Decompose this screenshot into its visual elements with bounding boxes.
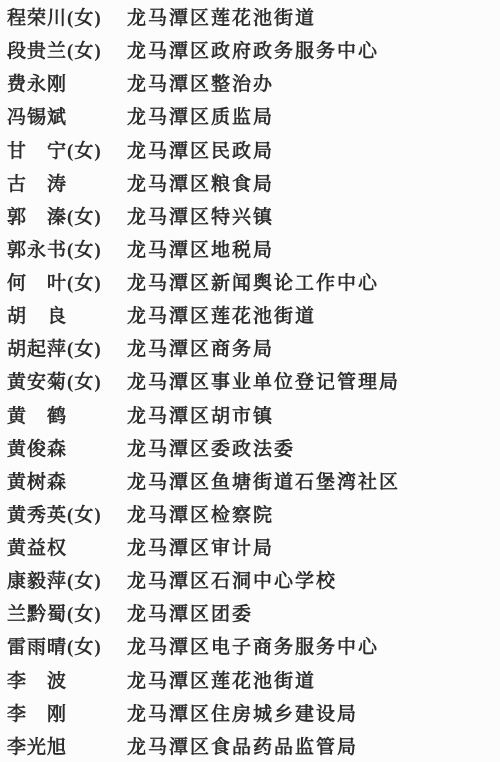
organization-name: 龙马潭区民政局: [127, 136, 500, 163]
person-name: 李 刚: [0, 699, 127, 726]
person-name: 段贵兰(女): [0, 36, 127, 63]
list-row: 黄秀英(女) 龙马潭区检察院: [0, 497, 500, 530]
list-row: 黄俊森 龙马潭区委政法委: [0, 431, 500, 464]
list-row: 李 波 龙马潭区莲花池街道: [0, 663, 500, 696]
person-name: 黄 鹤: [0, 401, 127, 428]
person-name: 甘 宁(女): [0, 136, 127, 163]
organization-name: 龙马潭区地税局: [127, 235, 500, 262]
list-row: 康毅萍(女) 龙马潭区石洞中心学校: [0, 563, 500, 596]
organization-name: 龙马潭区电子商务服务中心: [127, 632, 500, 659]
person-name: 郭 溱(女): [0, 202, 127, 229]
list-row: 李光旭 龙马潭区食品药品监管局: [0, 729, 500, 762]
person-name: 胡起萍(女): [0, 334, 127, 361]
person-name: 冯锡斌: [0, 102, 127, 129]
person-name: 兰黔蜀(女): [0, 599, 127, 626]
list-row: 何 叶(女) 龙马潭区新闻舆论工作中心: [0, 265, 500, 298]
organization-name: 龙马潭区团委: [127, 599, 500, 626]
person-name: 黄益权: [0, 533, 127, 560]
list-row: 雷雨晴(女) 龙马潭区电子商务服务中心: [0, 629, 500, 662]
person-name: 黄俊森: [0, 434, 127, 461]
organization-name: 龙马潭区检察院: [127, 500, 500, 527]
person-name: 黄秀英(女): [0, 500, 127, 527]
list-row: 黄树森 龙马潭区鱼塘街道石堡湾社区: [0, 464, 500, 497]
list-row: 黄益权 龙马潭区审计局: [0, 530, 500, 563]
list-row: 黄安菊(女) 龙马潭区事业单位登记管理局: [0, 364, 500, 397]
list-row: 甘 宁(女) 龙马潭区民政局: [0, 133, 500, 166]
list-row: 黄 鹤 龙马潭区胡市镇: [0, 398, 500, 431]
organization-name: 龙马潭区事业单位登记管理局: [127, 367, 500, 394]
person-name: 费永刚: [0, 69, 127, 96]
list-row: 李 刚 龙马潭区住房城乡建设局: [0, 696, 500, 729]
list-row: 冯锡斌 龙马潭区质监局: [0, 99, 500, 132]
organization-name: 龙马潭区新闻舆论工作中心: [127, 268, 500, 295]
organization-name: 龙马潭区商务局: [127, 334, 500, 361]
organization-name: 龙马潭区莲花池街道: [127, 301, 500, 328]
person-name: 黄树森: [0, 467, 127, 494]
list-row: 段贵兰(女) 龙马潭区政府政务服务中心: [0, 33, 500, 66]
list-row: 郭永书(女) 龙马潭区地税局: [0, 232, 500, 265]
organization-name: 龙马潭区住房城乡建设局: [127, 699, 500, 726]
organization-name: 龙马潭区质监局: [127, 102, 500, 129]
organization-name: 龙马潭区粮食局: [127, 169, 500, 196]
list-row: 程荣川(女) 龙马潭区莲花池街道: [0, 0, 500, 33]
person-name: 程荣川(女): [0, 3, 127, 30]
person-name: 郭永书(女): [0, 235, 127, 262]
person-name: 雷雨晴(女): [0, 632, 127, 659]
organization-name: 龙马潭区鱼塘街道石堡湾社区: [127, 467, 500, 494]
organization-name: 龙马潭区整治办: [127, 69, 500, 96]
organization-name: 龙马潭区石洞中心学校: [127, 566, 500, 593]
organization-name: 龙马潭区政府政务服务中心: [127, 36, 500, 63]
organization-name: 龙马潭区审计局: [127, 533, 500, 560]
list-row: 古 涛 龙马潭区粮食局: [0, 166, 500, 199]
list-row: 兰黔蜀(女) 龙马潭区团委: [0, 596, 500, 629]
organization-name: 龙马潭区莲花池街道: [127, 666, 500, 693]
organization-name: 龙马潭区特兴镇: [127, 202, 500, 229]
person-name: 古 涛: [0, 169, 127, 196]
document-page: 程荣川(女) 龙马潭区莲花池街道 段贵兰(女) 龙马潭区政府政务服务中心 费永刚…: [0, 0, 500, 762]
organization-name: 龙马潭区委政法委: [127, 434, 500, 461]
person-name: 何 叶(女): [0, 268, 127, 295]
list-row: 胡 良 龙马潭区莲花池街道: [0, 298, 500, 331]
organization-name: 龙马潭区食品药品监管局: [127, 732, 500, 759]
person-name: 胡 良: [0, 301, 127, 328]
list-row: 胡起萍(女) 龙马潭区商务局: [0, 331, 500, 364]
list-row: 郭 溱(女) 龙马潭区特兴镇: [0, 199, 500, 232]
list-row: 费永刚 龙马潭区整治办: [0, 66, 500, 99]
person-name: 康毅萍(女): [0, 566, 127, 593]
organization-name: 龙马潭区胡市镇: [127, 401, 500, 428]
person-name: 李光旭: [0, 732, 127, 759]
person-name: 黄安菊(女): [0, 367, 127, 394]
name-roster-list: 程荣川(女) 龙马潭区莲花池街道 段贵兰(女) 龙马潭区政府政务服务中心 费永刚…: [0, 0, 500, 762]
organization-name: 龙马潭区莲花池街道: [127, 3, 500, 30]
person-name: 李 波: [0, 666, 127, 693]
